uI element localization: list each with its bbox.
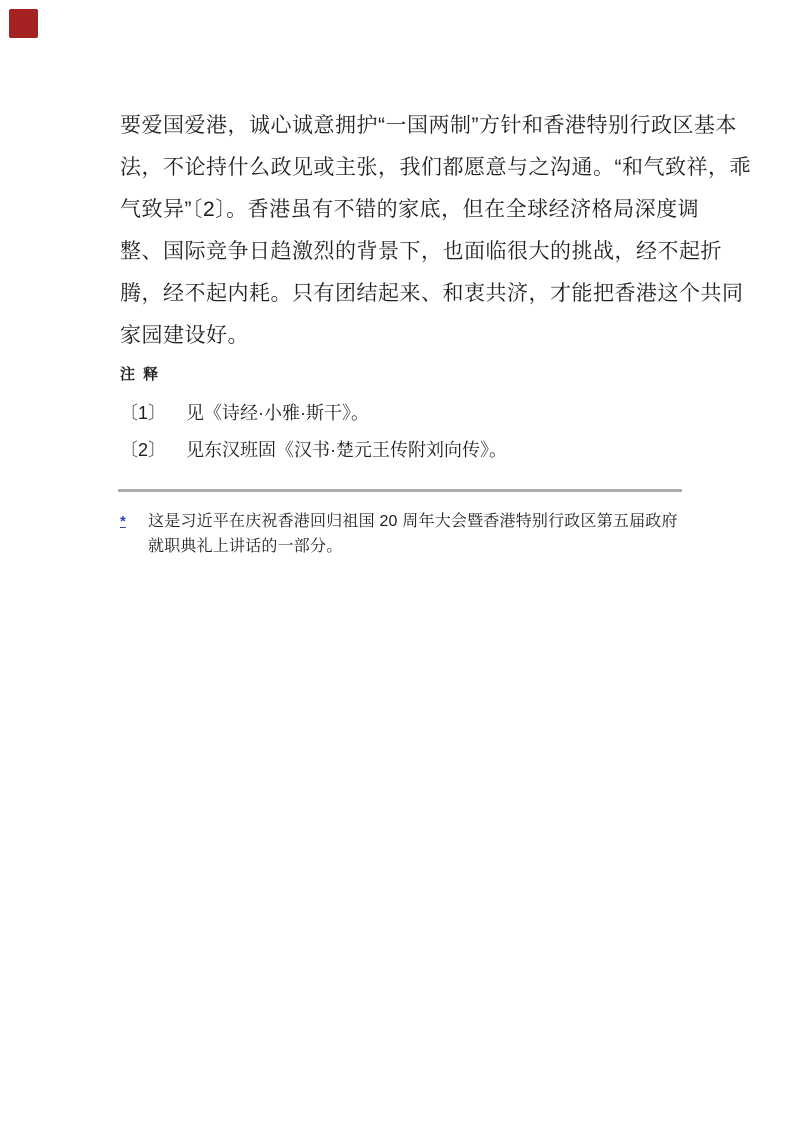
note-item: 〔2〕 见东汉班固《汉书·楚元王传附刘向传》。	[120, 435, 507, 463]
paragraph-line: 要爱国爱港，诚心诚意拥护“一国两制”方针和香港特别行政区基本	[120, 103, 686, 145]
footnote-divider	[118, 489, 682, 492]
note-label: 〔1〕	[120, 399, 166, 425]
paragraph-line: 气致异”〔2〕。香港虽有不错的家底，但在全球经济格局深度调	[120, 187, 686, 229]
note-text: 见东汉班固《汉书·楚元王传附刘向传》。	[186, 436, 507, 462]
footnote-text: 这是习近平在庆祝香港回归祖国 20 周年大会暨香港特别行政区第五届政府 就职典礼…	[148, 509, 678, 559]
footnote-line: 就职典礼上讲话的一部分。	[148, 534, 678, 559]
paragraph-line: 腾，经不起内耗。只有团结起来、和衷共济，才能把香港这个共同	[120, 271, 686, 313]
bookmark-marker	[9, 9, 38, 38]
note-label: 〔2〕	[120, 436, 166, 462]
paragraph-line: 整、国际竞争日趋激烈的背景下，也面临很大的挑战，经不起折	[120, 229, 686, 271]
note-item: 〔1〕 见《诗经·小雅·斯干》。	[120, 398, 369, 426]
paragraph-line: 法，不论持什么政见或主张，我们都愿意与之沟通。“和气致祥，乖	[120, 145, 686, 187]
paragraph-line: 家园建设好。	[120, 313, 686, 355]
footnote-line: 这是习近平在庆祝香港回归祖国 20 周年大会暨香港特别行政区第五届政府	[148, 509, 678, 534]
footnote-block: * 这是习近平在庆祝香港回归祖国 20 周年大会暨香港特别行政区第五届政府 就职…	[120, 509, 686, 559]
book-page: 要爱国爱港，诚心诚意拥护“一国两制”方针和香港特别行政区基本 法，不论持什么政见…	[0, 0, 800, 1130]
body-paragraph: 要爱国爱港，诚心诚意拥护“一国两制”方针和香港特别行政区基本 法，不论持什么政见…	[120, 103, 686, 355]
notes-heading: 注 释	[120, 363, 160, 384]
note-text: 见《诗经·小雅·斯干》。	[186, 399, 369, 425]
footnote-asterisk-link[interactable]: *	[120, 509, 148, 534]
